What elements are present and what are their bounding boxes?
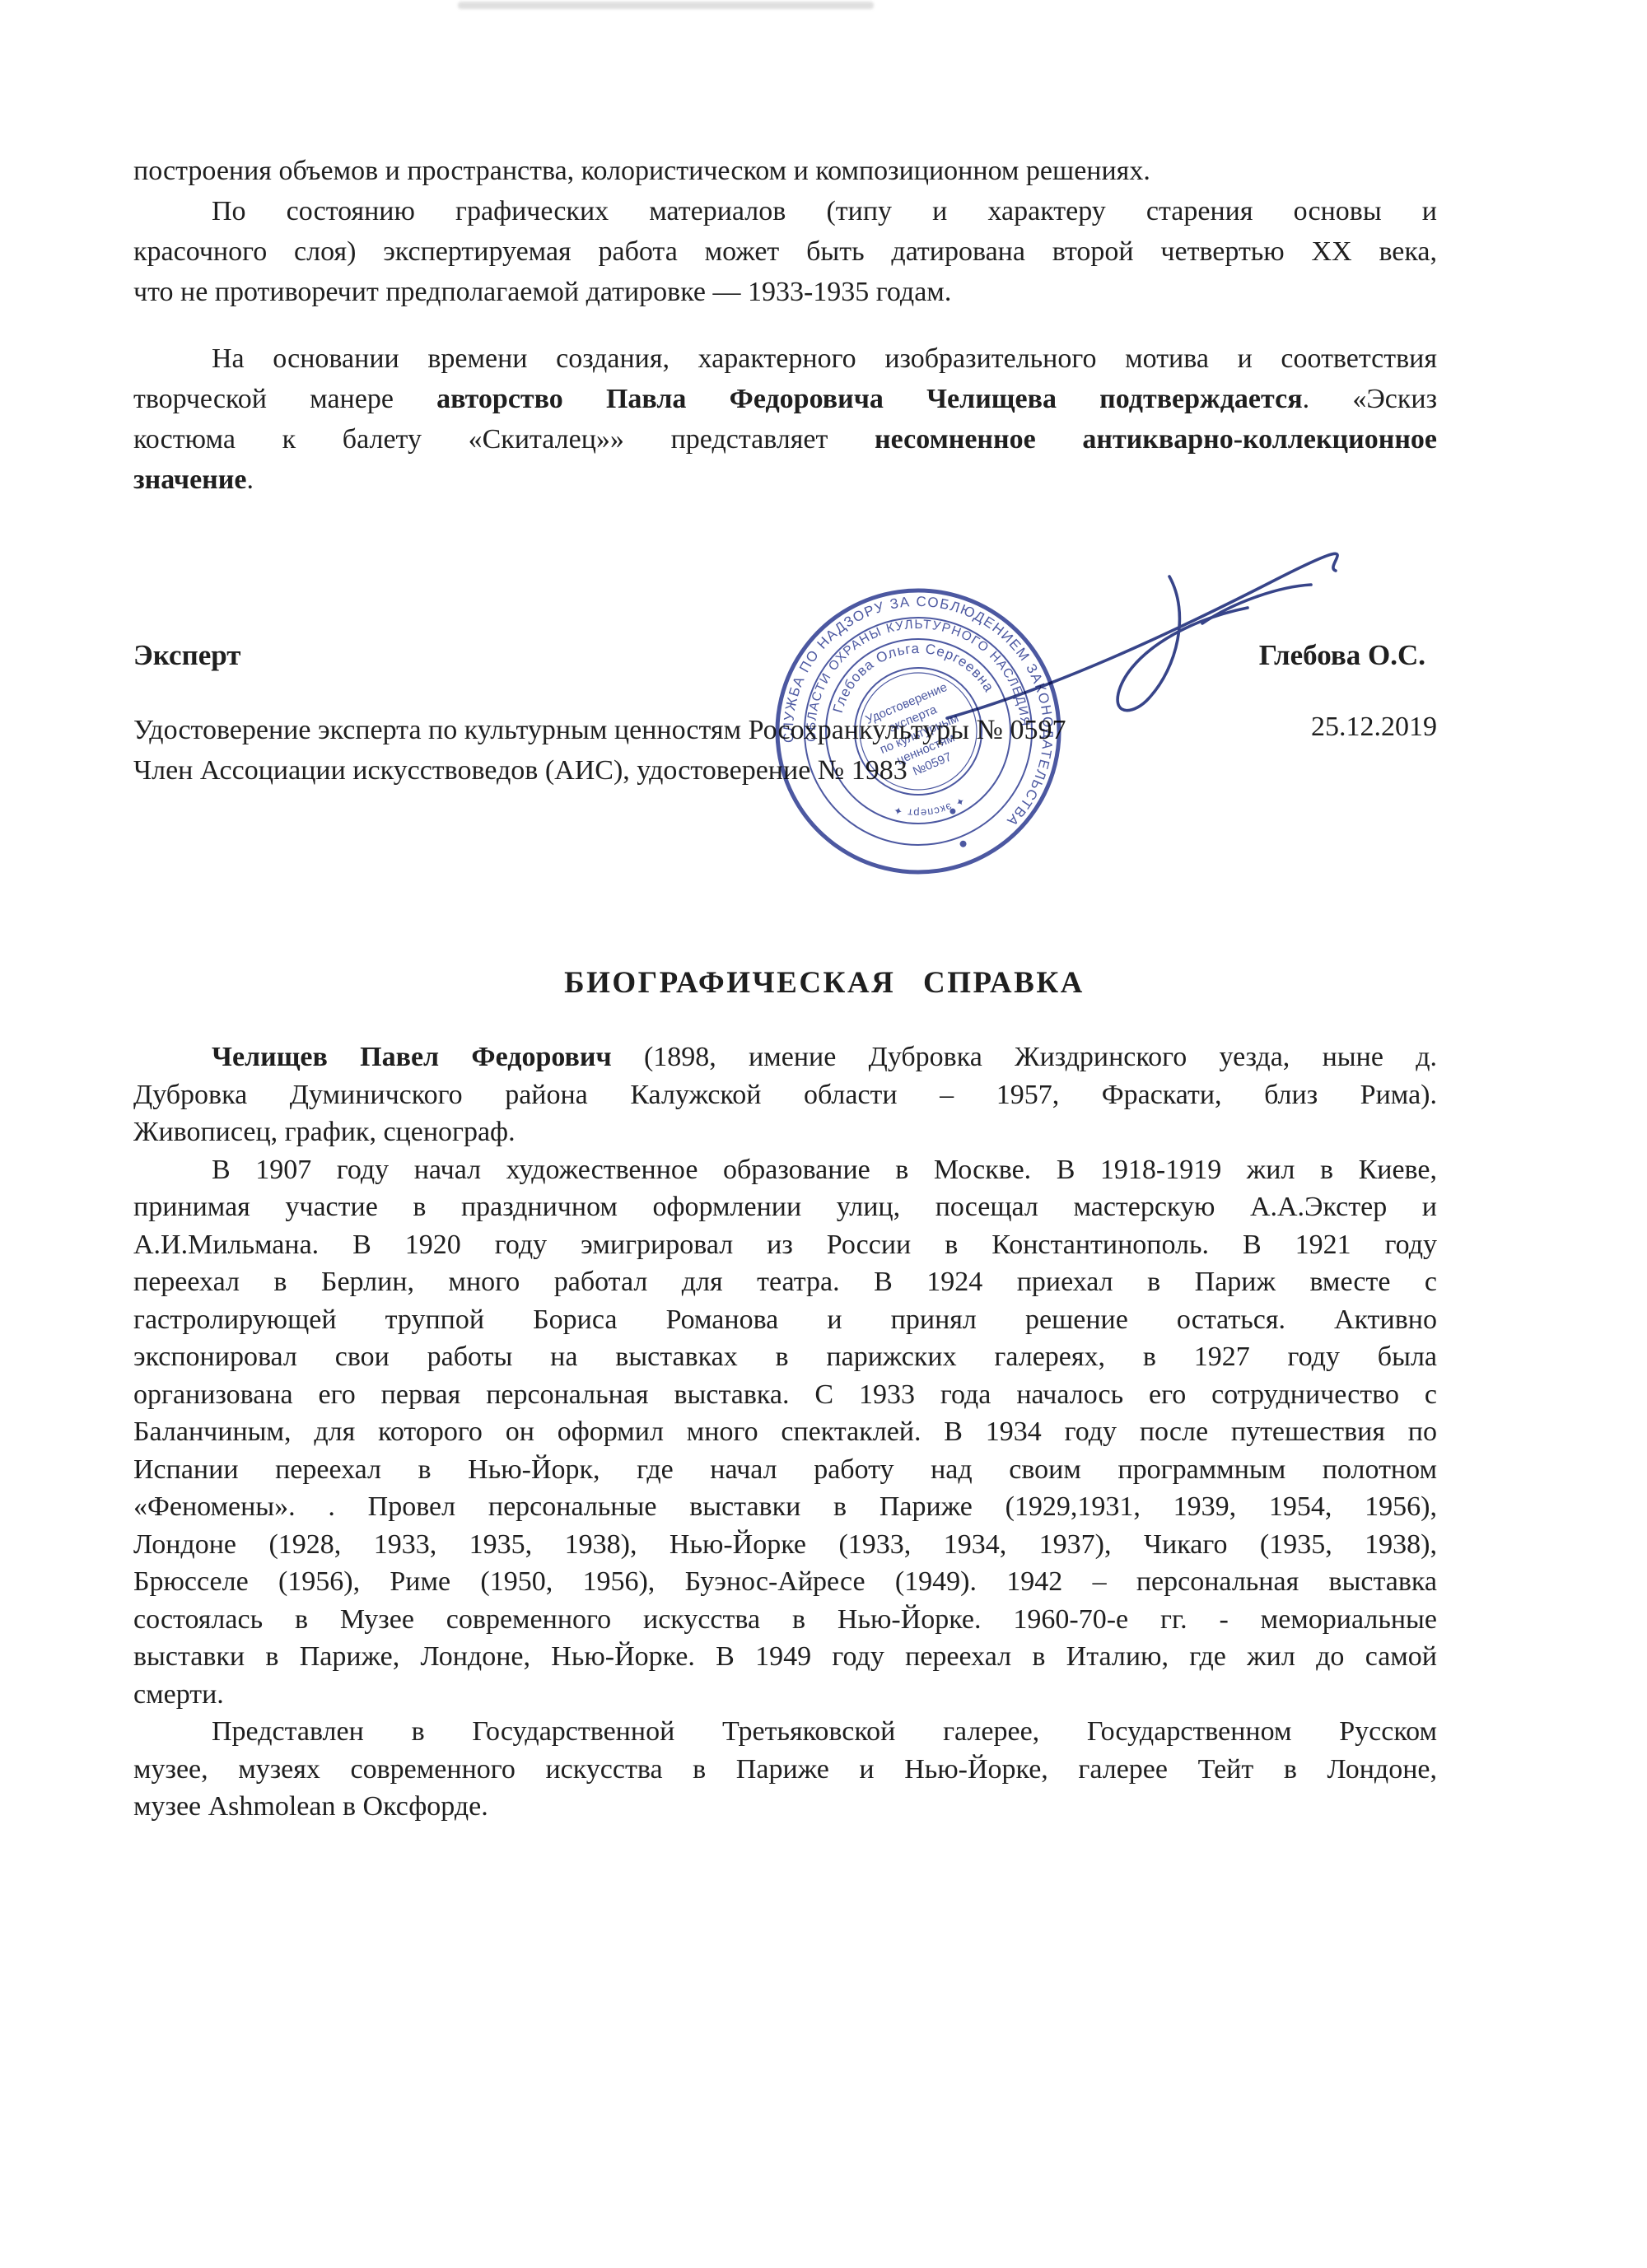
- text-line: смерти.: [133, 1676, 1437, 1714]
- text-segment: творческой манере: [133, 384, 436, 414]
- text-line: творческой манере авторство Павла Федоро…: [133, 379, 1437, 419]
- text-line: построения объемов и пространства, колор…: [133, 151, 1437, 191]
- bold-text-segment: значение: [133, 464, 246, 495]
- text-line: Живописец, график, сценограф.: [133, 1113, 1437, 1151]
- text-line: организована его первая персональная выс…: [133, 1376, 1437, 1414]
- stamp-name-ring-bottom-text: ✦ эксперт ✦: [890, 794, 968, 824]
- text-line: экспонировал свои работы на выставках в …: [133, 1338, 1437, 1376]
- text-line: значение.: [133, 460, 1437, 500]
- expert-label: Эксперт: [133, 639, 240, 672]
- scan-artifact: [458, 2, 874, 9]
- text-line: выставки в Париже, Лондоне, Нью-Йорке. В…: [133, 1638, 1437, 1676]
- text-line: музее, музеях современного искусства в П…: [133, 1751, 1437, 1789]
- expert-handwritten-signature: [906, 527, 1416, 741]
- text-line: принимая участие в праздничном оформлени…: [133, 1188, 1437, 1226]
- text-line: В 1907 году начал художественное образов…: [133, 1151, 1437, 1189]
- text-line: «Феномены». . Провел персональные выстав…: [133, 1488, 1437, 1526]
- bold-text-segment: авторство Павла Федоровича Челищева подт…: [436, 384, 1302, 414]
- text-line: костюма к балету «Скиталец»» представляе…: [133, 419, 1437, 460]
- text-line: Представлен в Государственной Третьяковс…: [133, 1713, 1437, 1751]
- text-line: гастролирующей труппой Бориса Романова и…: [133, 1301, 1437, 1339]
- stamp-dot: [959, 840, 967, 847]
- signature-stroke: [1117, 576, 1248, 711]
- conclusion-paragraphs: построения объемов и пространства, колор…: [133, 151, 1437, 312]
- text-line: Испании переехал в Нью-Йорк, где начал р…: [133, 1451, 1437, 1489]
- text-segment: костюма к балету «Скиталец»» представляе…: [133, 424, 875, 455]
- text-line: Брюсселе (1956), Риме (1950, 1956), Буэн…: [133, 1563, 1437, 1601]
- conclusion-final-paragraph: На основании времени создания, характерн…: [133, 338, 1437, 500]
- text-segment: (1898, имение Дубровка Жиздринского уезд…: [612, 1042, 1437, 1072]
- bio-heading: БИОГРАФИЧЕСКАЯ СПРАВКА: [133, 965, 1437, 1001]
- text-segment: .: [246, 464, 254, 495]
- text-segment: . «Эскиз: [1303, 384, 1437, 414]
- text-line: Челищев Павел Федорович (1898, имение Ду…: [133, 1038, 1437, 1076]
- text-line: Дубровка Думиничского района Калужской о…: [133, 1076, 1437, 1114]
- bio-paragraphs: Челищев Павел Федорович (1898, имение Ду…: [133, 1038, 1437, 1826]
- scanned-document-page: построения объемов и пространства, колор…: [0, 0, 1647, 2268]
- text-line: А.И.Мильмана. В 1920 году эмигрировал из…: [133, 1226, 1437, 1264]
- text-line: что не противоречит предполагаемой датир…: [133, 272, 1437, 312]
- text-line: состоялась в Музее современного искусств…: [133, 1601, 1437, 1639]
- bold-text-segment: несомненное антикварно-коллекционное: [875, 424, 1437, 455]
- bold-text-segment: Челищев Павел Федорович: [212, 1042, 612, 1072]
- text-line: музее Ashmolean в Оксфорде.: [133, 1788, 1437, 1826]
- text-line: переехал в Берлин, много работал для теа…: [133, 1263, 1437, 1301]
- text-line: По состоянию графических материалов (тип…: [133, 191, 1437, 231]
- text-line: На основании времени создания, характерн…: [133, 338, 1437, 379]
- text-line: Лондоне (1928, 1933, 1935, 1938), Нью-Йо…: [133, 1526, 1437, 1564]
- text-line: Баланчиным, для которого он оформил мног…: [133, 1413, 1437, 1451]
- text-line: красочного слоя) экспертируемая работа м…: [133, 231, 1437, 272]
- signature-stroke: [947, 553, 1337, 718]
